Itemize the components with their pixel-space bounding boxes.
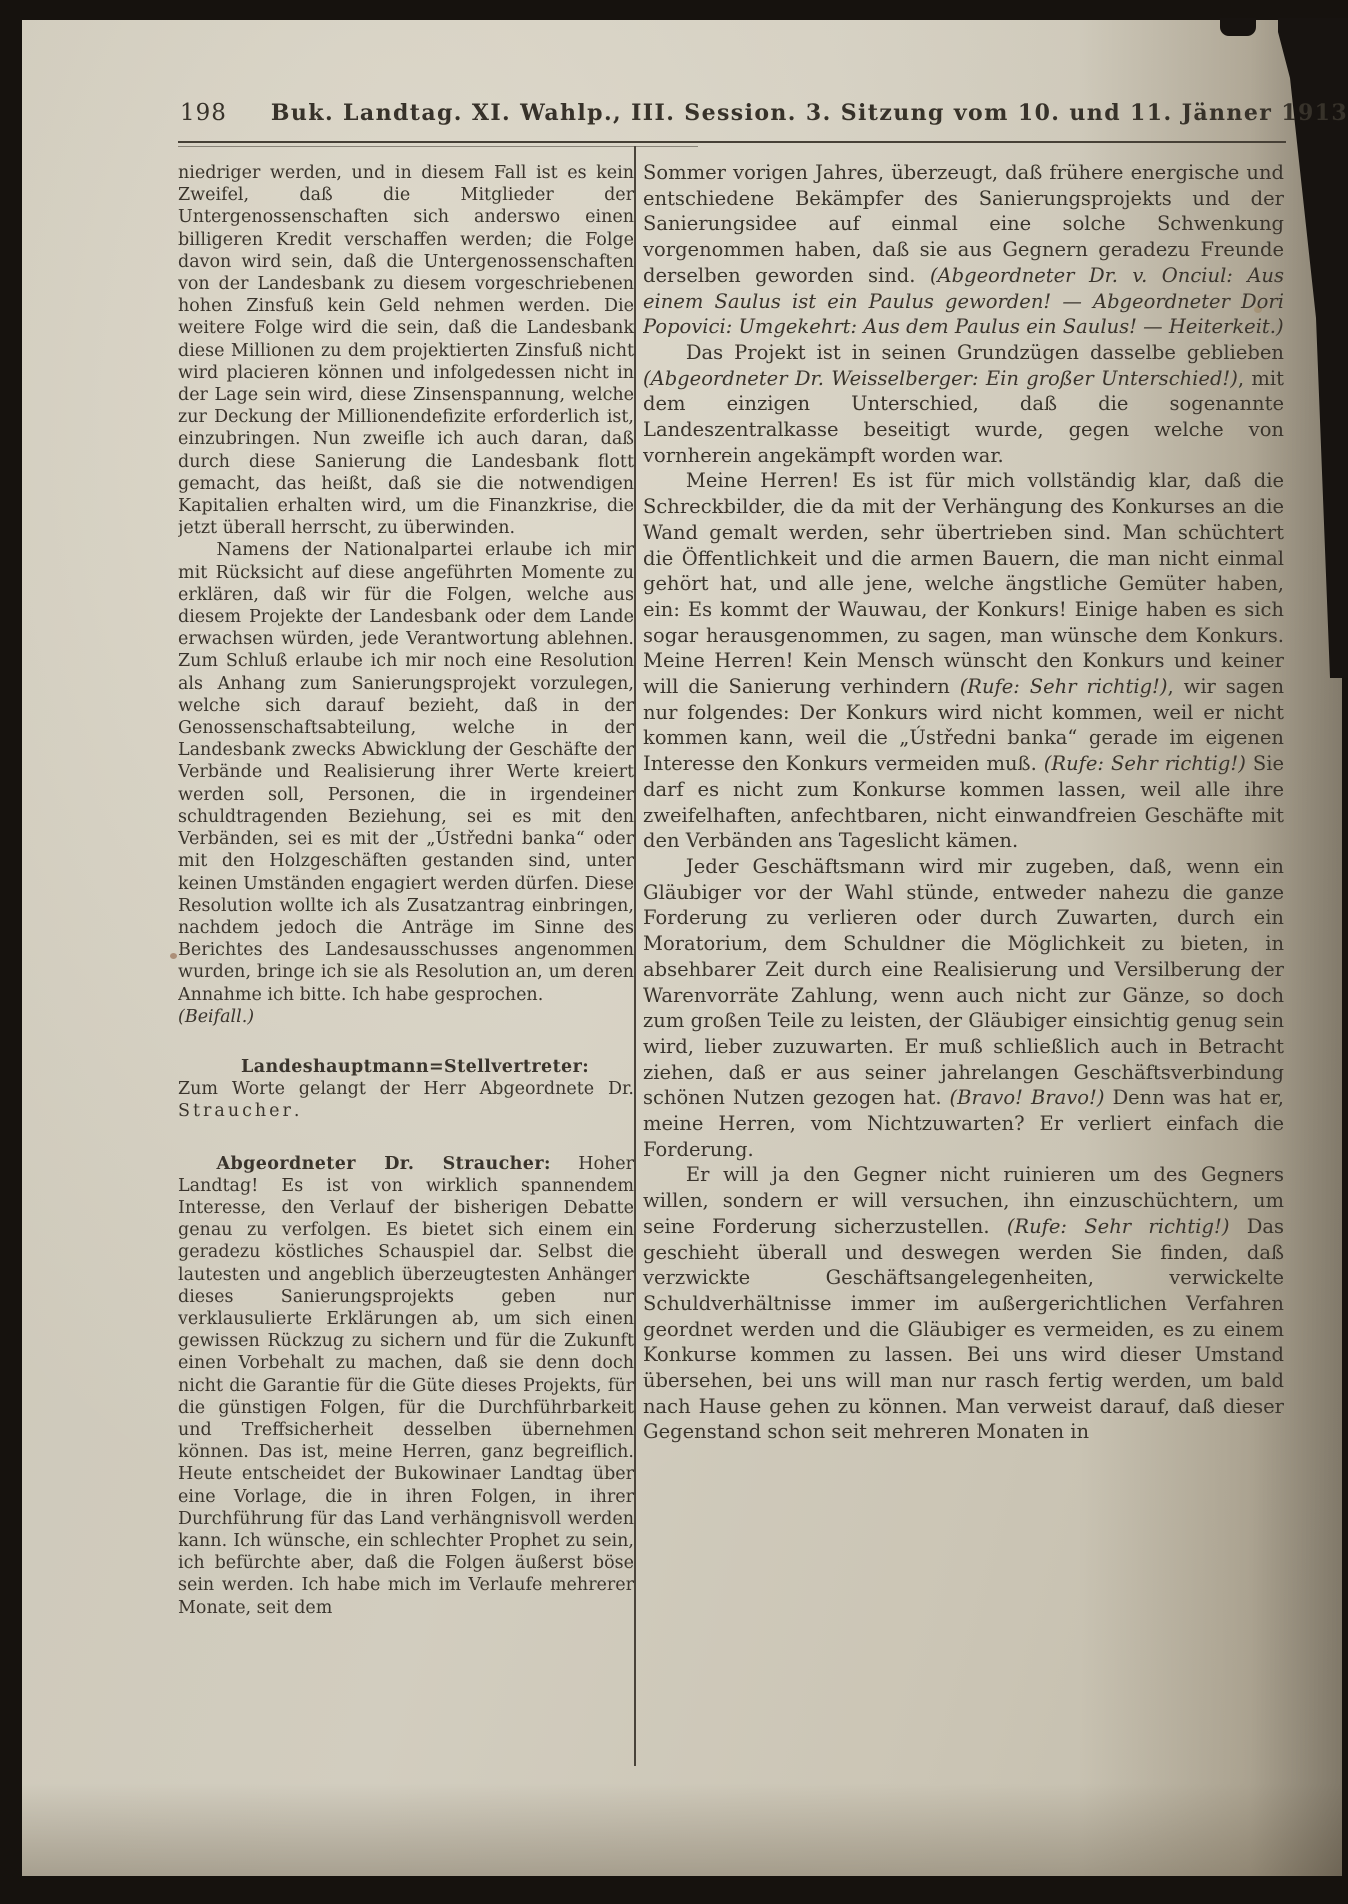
paragraph: Landeshauptmann=Stellvertreter: Zum Wort… — [178, 1056, 634, 1123]
left-column: niedriger werden, und in diesem Fall ist… — [178, 162, 634, 1762]
paragraph: Abgeordneter Dr. Straucher: Hoher Landta… — [178, 1153, 634, 1619]
text-segment: Abgeordneter Dr. Straucher: — [217, 1154, 551, 1174]
text-segment: Hoher Landtag! Es ist von wirklich spann… — [178, 1154, 634, 1618]
paragraph: Das Projekt ist in seinen Grundzügen das… — [643, 340, 1284, 469]
paragraph: niedriger werden, und in diesem Fall ist… — [178, 162, 634, 539]
paragraph: Er will ja den Gegner nicht ruinieren um… — [643, 1162, 1284, 1445]
text-segment: (Rufe: Sehr richtig!) — [1007, 1215, 1230, 1238]
text-segment: Zum Worte gelangt der Herr Abgeordnete D… — [178, 1079, 634, 1099]
scanned-page: 198 Buk. Landtag. XI. Wahlp., III. Sessi… — [0, 0, 1348, 1904]
header-rule — [178, 141, 1286, 143]
scan-bed-mark-top — [1220, 18, 1256, 36]
header-rule-secondary — [178, 146, 698, 147]
paragraph: Namens der Nationalpartei erlaube ich mi… — [178, 539, 634, 1005]
text-segment: Das geschieht überall und deswegen werde… — [643, 1215, 1284, 1444]
text-segment: Namens der Nationalpartei erlaube ich mi… — [178, 540, 634, 1004]
text-segment: Straucher — [178, 1101, 294, 1121]
paper-stain — [170, 953, 177, 959]
text-segment: . — [294, 1101, 300, 1121]
text-segment: Landeshauptmann=Stellvertreter: — [241, 1057, 589, 1077]
text-segment: Meine Herren! Es ist für mich vollständi… — [643, 469, 1284, 698]
paragraph: Sommer vorigen Jahres, überzeugt, daß fr… — [643, 160, 1284, 340]
text-segment: (Rufe: Sehr richtig!) — [960, 675, 1168, 698]
column-divider — [634, 146, 636, 1766]
paragraph: Meine Herren! Es ist für mich vollständi… — [643, 468, 1284, 854]
text-segment: (Abgeordneter Dr. Weisselberger: Ein gro… — [643, 367, 1238, 390]
text-segment: Das Projekt ist in seinen Grundzügen das… — [686, 341, 1284, 364]
paragraph: Jeder Geschäftsmann wird mir zugeben, da… — [643, 854, 1284, 1162]
page-header: 198 Buk. Landtag. XI. Wahlp., III. Sessi… — [180, 100, 1286, 126]
text-segment: (Beifall.) — [178, 1007, 254, 1027]
text-segment: Jeder Geschäftsmann wird mir zugeben, da… — [643, 855, 1284, 1109]
text-segment: (Rufe: Sehr richtig!) — [1044, 752, 1246, 775]
text-segment: niedriger werden, und in diesem Fall ist… — [178, 163, 634, 538]
header-title: Buk. Landtag. XI. Wahlp., III. Session. … — [271, 100, 1348, 126]
right-column: Sommer vorigen Jahres, überzeugt, daß fr… — [643, 160, 1284, 1744]
page-number: 198 — [180, 100, 227, 126]
paragraph: (Beifall.) — [178, 1006, 634, 1028]
text-segment: (Bravo! Bravo!) — [950, 1086, 1105, 1109]
